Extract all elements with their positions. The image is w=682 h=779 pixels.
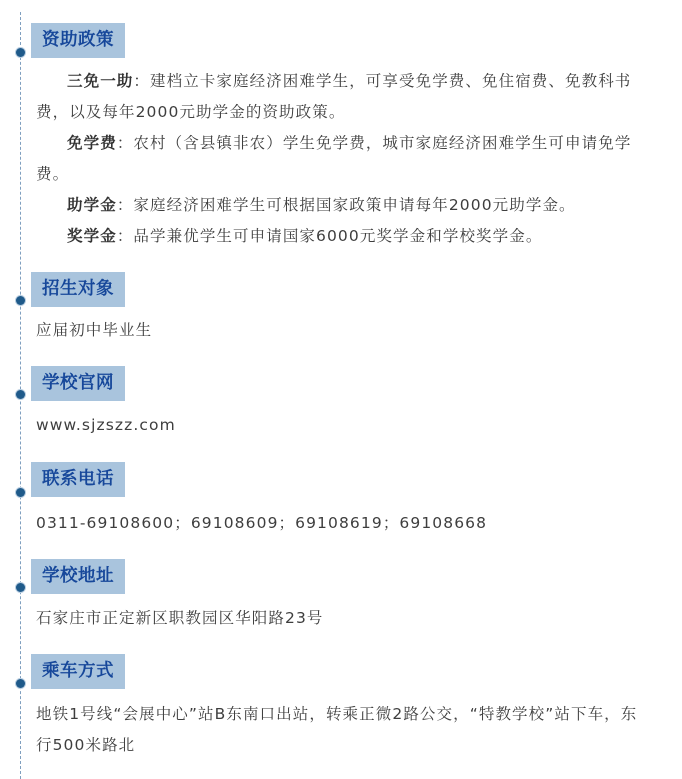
address-text: 石家庄市正定新区职教园区华阳路23号	[36, 603, 652, 634]
section-heading: 招生对象	[31, 272, 125, 307]
section-text: 应届初中毕业生	[36, 315, 652, 346]
timeline-dot-icon	[16, 488, 25, 497]
policy-text: ：品学兼优学生可申请国家6000元奖学金和学校奖学金。	[117, 227, 543, 245]
policy-paragraph: 三免一助：建档立卡家庭经济困难学生，可享受免学费、免住宿费、免教科书费，以及每年…	[36, 66, 652, 128]
section-heading: 乘车方式	[31, 654, 125, 689]
timeline-dot-icon	[16, 390, 25, 399]
timeline-dot-icon	[16, 583, 25, 592]
section-heading: 学校官网	[31, 366, 125, 401]
website-link[interactable]: www.sjzszz.com	[36, 410, 652, 441]
transport-text: 地铁1号线“会展中心”站B东南口出站，转乘正微2路公交，“特教学校”站下车，东行…	[36, 699, 652, 761]
policy-paragraph: 助学金：家庭经济困难学生可根据国家政策申请每年2000元助学金。	[36, 190, 652, 221]
timeline-dot-icon	[16, 48, 25, 57]
policy-paragraph: 免学费：农村（含县镇非农）学生免学费，城市家庭经济困难学生可申请免学费。	[36, 128, 652, 190]
policy-label: 助学金	[67, 196, 117, 214]
section-heading: 学校地址	[31, 559, 125, 594]
policy-text: ：家庭经济困难学生可根据国家政策申请每年2000元助学金。	[117, 196, 576, 214]
policy-paragraph: 奖学金：品学兼优学生可申请国家6000元奖学金和学校奖学金。	[36, 221, 652, 252]
phone-numbers: 0311-69108600；69108609；69108619；69108668	[36, 508, 652, 539]
policy-text: ：农村（含县镇非农）学生免学费，城市家庭经济困难学生可申请免学费。	[36, 134, 631, 183]
policy-label: 三免一助	[67, 72, 133, 90]
section-heading: 联系电话	[31, 462, 125, 497]
policy-label: 免学费	[67, 134, 117, 152]
section-heading: 资助政策	[31, 23, 125, 58]
timeline-dot-icon	[16, 679, 25, 688]
timeline-dot-icon	[16, 296, 25, 305]
policy-label: 奖学金	[67, 227, 117, 245]
